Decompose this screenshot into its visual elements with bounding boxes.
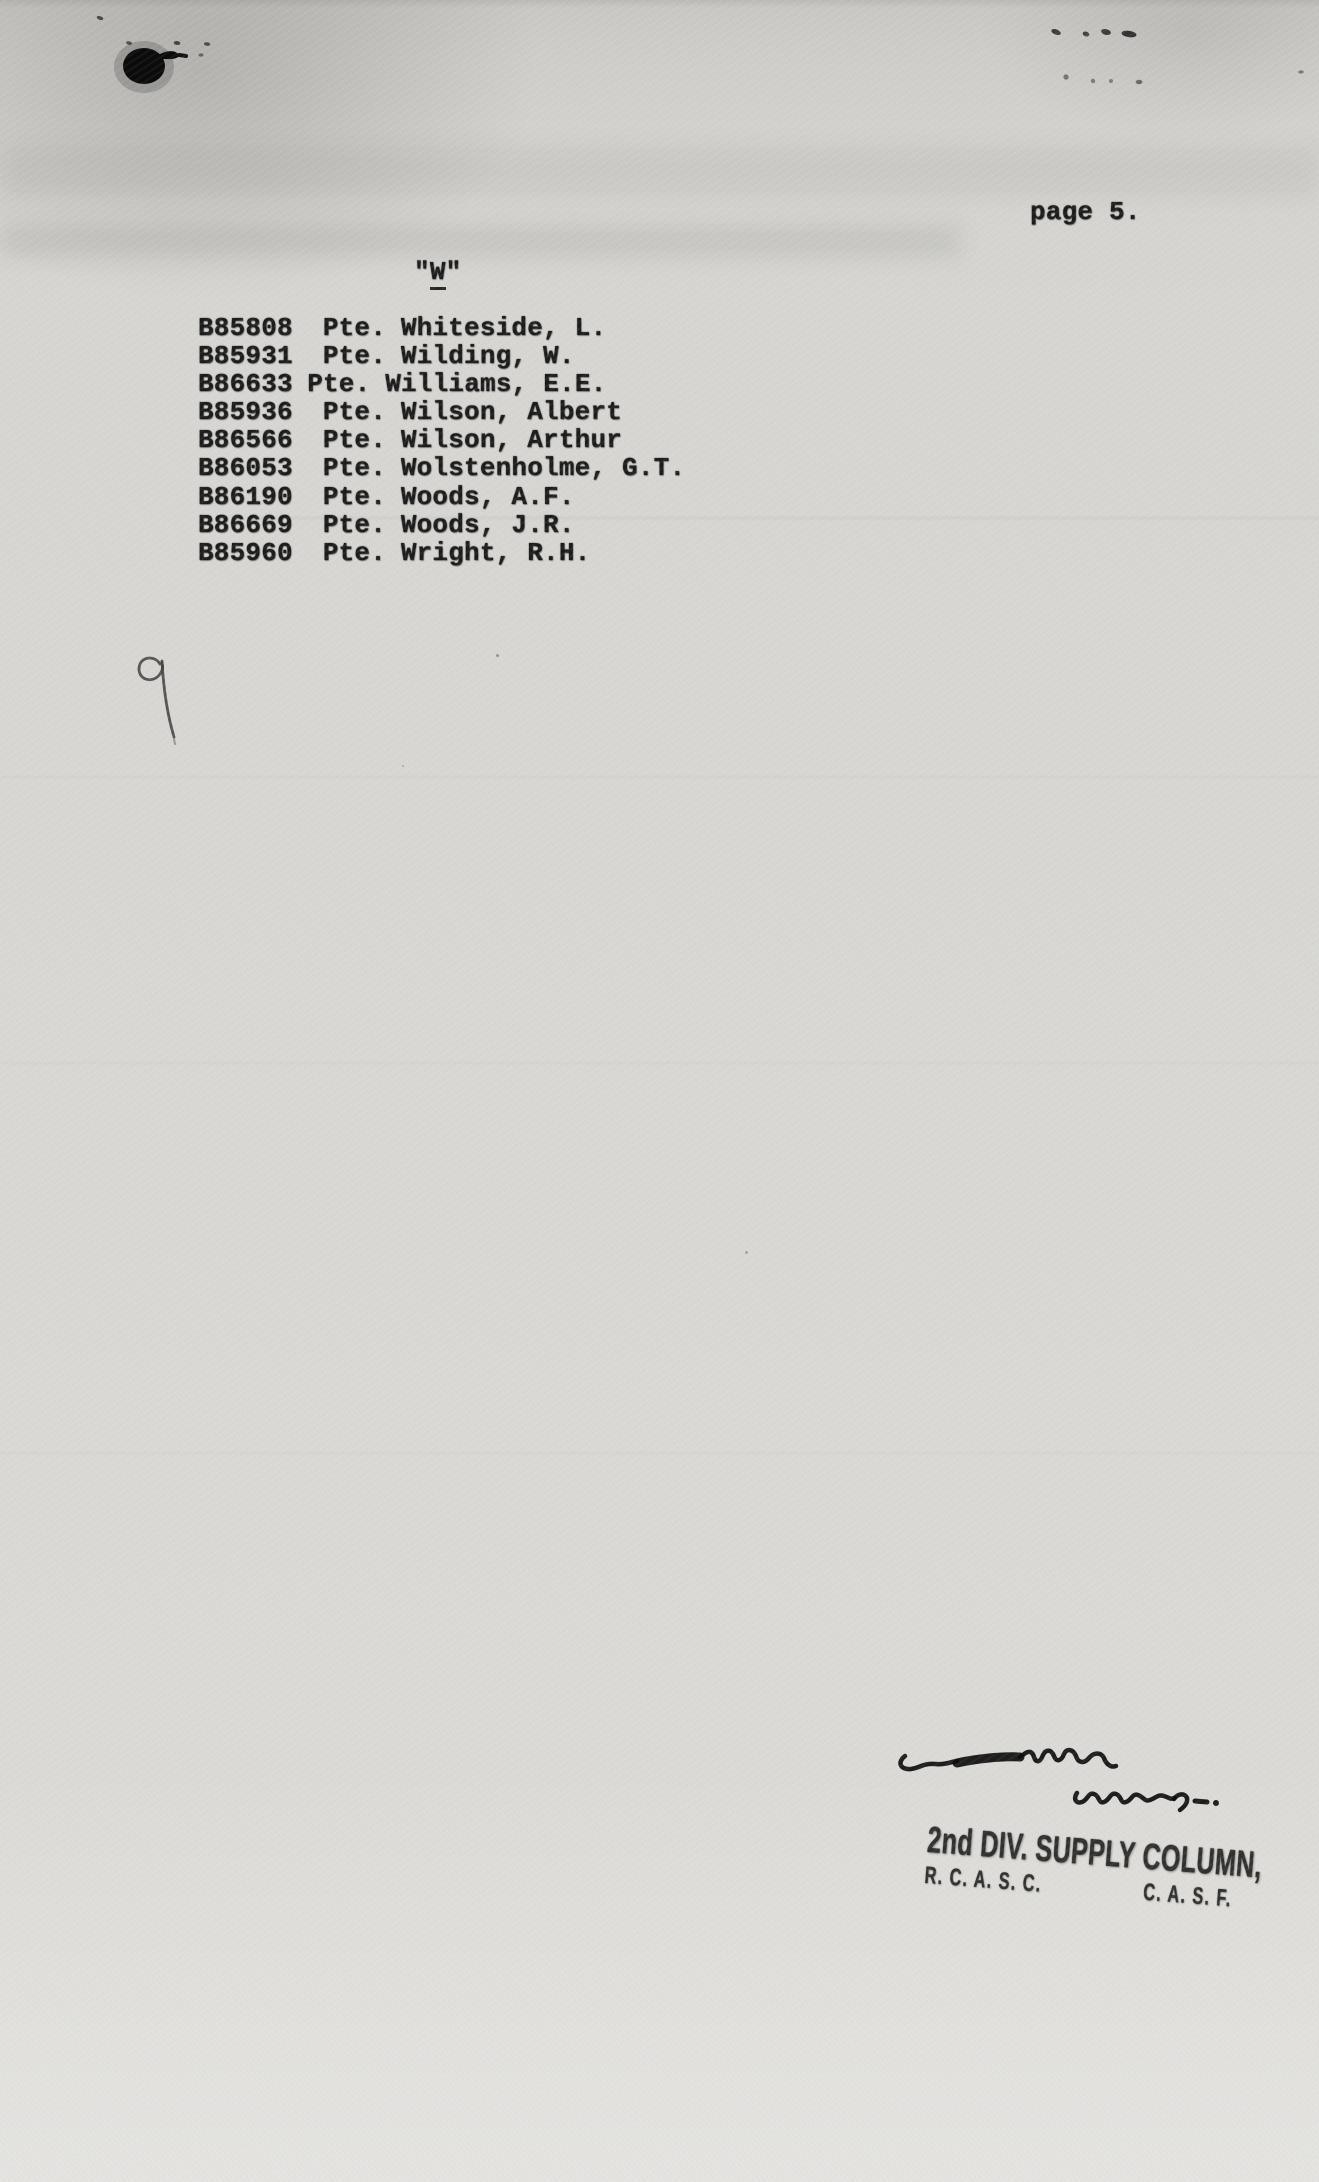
soldier-name: Whiteside, L. [401,313,606,343]
signature-scrawl [880,1720,1240,1830]
rank: Pte. [323,454,401,482]
scan-smudge-band [0,146,1319,196]
open-quote: " [414,257,430,287]
service-number: B86566 [198,426,323,454]
soldier-name: Williams, E.E. [385,369,606,399]
service-number: B85808 [198,314,323,342]
scanned-document-page: page 5. "W" B85808Pte.Whiteside, L. B859… [0,0,1319,2182]
ink-blot [80,10,240,110]
page-number: page 5. [1030,198,1141,226]
soldier-name: Woods, A.F. [401,482,575,512]
paper-speck [496,654,499,657]
roster-row: B85936Pte.Wilson, Albert [198,398,685,426]
roster-row: B86053Pte.Wolstenholme, G.T. [198,454,685,482]
rank: Pte. [323,398,401,426]
rank: Pte. [323,314,401,342]
roster-row: B85808Pte.Whiteside, L. [198,314,685,342]
roster-row: B86566Pte.Wilson, Arthur [198,426,685,454]
service-number: B86633 [198,370,307,398]
rank: Pte. [307,370,385,398]
service-number: B85960 [198,539,323,567]
scan-smudge-band [0,226,960,256]
soldier-name: Wright, R.H. [401,538,591,568]
ink-specks [1030,10,1319,100]
roster-row: B85931Pte.Wilding, W. [198,342,685,370]
section-letter: W [430,257,446,290]
service-number: B85936 [198,398,323,426]
rank: Pte. [323,483,401,511]
roster-list: B85808Pte.Whiteside, L. B85931Pte.Wildin… [198,314,685,567]
rank: Pte. [323,426,401,454]
rank: Pte. [323,539,401,567]
service-number: B85931 [198,342,323,370]
paper-speck [402,765,404,767]
rank: Pte. [323,511,401,539]
roster-row: B85960Pte.Wright, R.H. [198,539,685,567]
soldier-name: Wilson, Albert [401,397,622,427]
handwritten-margin-numeral [120,640,200,760]
scan-streak-line [0,1062,1319,1064]
close-quote: " [446,257,462,287]
soldier-name: Wilding, W. [401,341,575,371]
service-number: B86669 [198,511,323,539]
roster-row: B86633Pte.Williams, E.E. [198,370,685,398]
soldier-name: Wilson, Arthur [401,425,622,455]
soldier-name: Woods, J.R. [401,510,575,540]
scan-streak-line [0,1452,1319,1454]
roster-row: B86190Pte.Woods, A.F. [198,483,685,511]
roster-row: B86669Pte.Woods, J.R. [198,511,685,539]
service-number: B86190 [198,483,323,511]
soldier-name: Wolstenholme, G.T. [401,453,685,483]
service-number: B86053 [198,454,323,482]
scan-streak-line [0,776,1319,778]
section-heading: "W" [414,258,461,286]
paper-speck [745,1251,748,1254]
rank: Pte. [323,342,401,370]
